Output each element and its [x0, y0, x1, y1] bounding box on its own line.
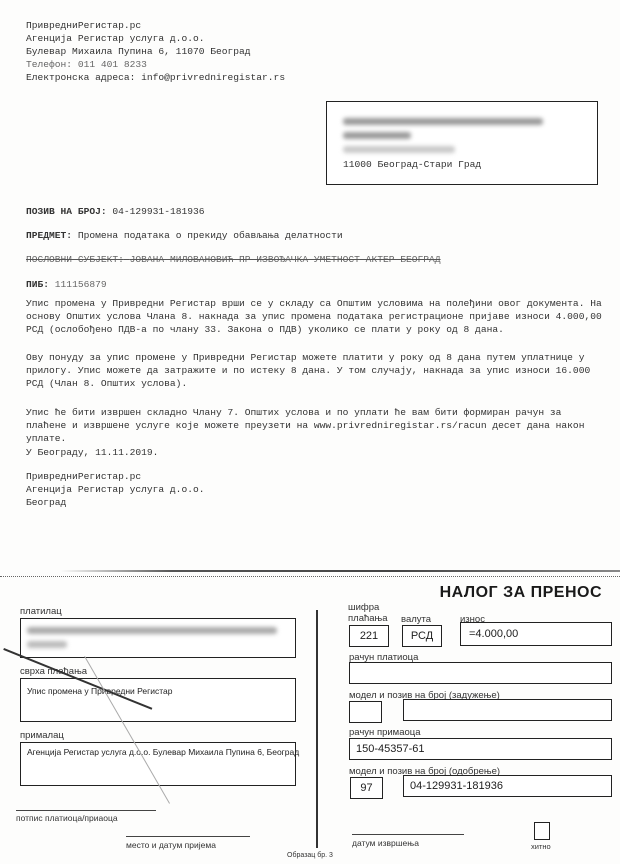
fold-line: [60, 570, 620, 572]
credit-reference-value: 04-129931-181936: [410, 780, 503, 792]
recipient-address-box: 11000 Београд-Стари Град: [326, 101, 598, 185]
redacted-recipient-line: [343, 146, 455, 153]
form-number: Образац бр. 3: [0, 852, 620, 859]
recipient-city: 11000 Београд-Стари Град: [343, 158, 481, 171]
closing-brand: ПривредниРегистар.рс: [26, 470, 204, 483]
urgent-label: хитно: [531, 842, 551, 851]
amount-field[interactable]: =4.000,00: [460, 622, 612, 646]
recipient-account-value: 150-45357-61: [356, 743, 425, 755]
business-entity-value: ЈОВАНА МИЛОВАНОВИЋ ПР ИЗВОЂАЧКА УМЕТНОСТ…: [130, 254, 441, 265]
execution-date-line: [352, 834, 464, 835]
recipient-value: Агенција Регистар услуга д.о.о. Булевар …: [27, 747, 299, 757]
slip-column-divider: [316, 610, 318, 848]
sender-address-block: ПривредниРегистар.рс Агенција Регистар у…: [26, 19, 285, 84]
execution-date-label: датум извршења: [352, 838, 419, 848]
payment-code-field[interactable]: 221: [349, 625, 389, 647]
sender-company: Агенција Регистар услуга д.о.о.: [26, 32, 285, 45]
recipient-label: прималац: [20, 730, 64, 741]
purpose-field[interactable]: Упис промена у Привредни Регистар: [20, 678, 296, 722]
closing-city: Београд: [26, 496, 204, 509]
recipient-account-label: рачун примаоца: [349, 727, 421, 738]
payment-code-value: 221: [350, 630, 388, 642]
currency-label: валута: [401, 614, 431, 625]
payment-code-label: шифра плаћања: [348, 602, 388, 624]
redacted-recipient-line: [343, 118, 543, 125]
signature-line: [16, 810, 156, 811]
credit-model-value: 97: [351, 782, 382, 794]
redacted-payer-line: [27, 641, 67, 648]
paragraph-text: Упис ће бити извршен складно Члану 7. Оп…: [26, 406, 606, 445]
body-paragraph-2: Ову понуду за упис промене у Привредни Р…: [26, 351, 606, 390]
place-date-label: место и датум пријема: [126, 840, 216, 850]
business-entity-label: ПОСЛОВНИ СУБЈЕКТ:: [26, 254, 124, 265]
sender-street: Булевар Михаила Пупина 6, 11070 Београд: [26, 45, 285, 58]
subject-label: ПРЕДМЕТ:: [26, 230, 72, 241]
closing-company: Агенција Регистар услуга д.о.о.: [26, 483, 204, 496]
subject-line: ПРЕДМЕТ: Промена података о прекиду обав…: [26, 229, 343, 242]
date-line: У Београду, 11.11.2019.: [26, 446, 158, 459]
paragraph-text: Упис промена у Привредни Регистар врши с…: [26, 297, 606, 336]
credit-reference-field[interactable]: 04-129931-181936: [403, 775, 612, 797]
recipient-field[interactable]: Агенција Регистар услуга д.о.о. Булевар …: [20, 742, 296, 786]
sender-email: Електронска адреса: info@privredniregist…: [26, 71, 285, 84]
paragraph-text: Ову понуду за упис промене у Привредни Р…: [26, 351, 606, 390]
payer-label: платилац: [20, 606, 62, 617]
debit-model-field[interactable]: [349, 701, 382, 723]
pib-value: 111156879: [55, 279, 107, 290]
redacted-recipient-line: [343, 132, 411, 139]
reference-value: 04-129931-181936: [112, 206, 204, 217]
urgent-checkbox[interactable]: [534, 822, 550, 840]
payment-code-label-line1: шифра: [348, 602, 388, 613]
currency-field[interactable]: РСД: [402, 625, 442, 647]
amount-value: =4.000,00: [469, 628, 518, 640]
slip-title: НАЛОГ ЗА ПРЕНОС: [440, 584, 602, 602]
place-date-line: [126, 836, 250, 837]
perforation-line: [0, 576, 620, 577]
credit-model-field[interactable]: 97: [350, 777, 383, 799]
signature-label: потпис платиоца/приаоца: [16, 813, 118, 823]
reference-label: ПОЗИВ НА БРОЈ:: [26, 206, 107, 217]
body-paragraph-1: Упис промена у Привредни Регистар врши с…: [26, 297, 606, 336]
business-entity-line: ПОСЛОВНИ СУБЈЕКТ: ЈОВАНА МИЛОВАНОВИЋ ПР …: [26, 253, 441, 266]
payment-code-label-line2: плаћања: [348, 613, 388, 624]
subject-value: Промена података о прекиду обављања дела…: [78, 230, 343, 241]
debit-reference-field[interactable]: [403, 699, 612, 721]
payer-field[interactable]: [20, 618, 296, 658]
body-paragraph-3: Упис ће бити извршен складно Члану 7. Оп…: [26, 406, 606, 445]
reference-number-line: ПОЗИВ НА БРОЈ: 04-129931-181936: [26, 205, 205, 218]
sender-brand: ПривредниРегистар.рс: [26, 19, 285, 32]
recipient-account-field[interactable]: 150-45357-61: [349, 738, 612, 760]
pib-label: ПИБ:: [26, 279, 49, 290]
sender-phone: Телефон: 011 401 8233: [26, 58, 285, 71]
redacted-payer-line: [27, 627, 277, 634]
closing-block: ПривредниРегистар.рс Агенција Регистар у…: [26, 470, 204, 509]
payer-account-field[interactable]: [349, 662, 612, 684]
pib-line: ПИБ: 111156879: [26, 278, 107, 291]
currency-value: РСД: [403, 630, 441, 642]
